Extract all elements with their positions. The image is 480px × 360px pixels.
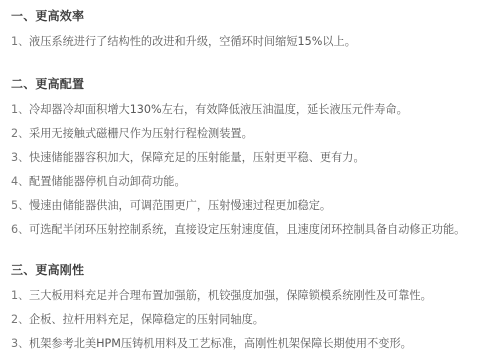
- item-list: 1、三大板用料充足并合理布置加强筋，机铰强度加强，保障锁模系统刚性及可靠性。 2…: [11, 284, 480, 356]
- section-heading: 二、更高配置: [11, 75, 480, 93]
- list-item: 6、可选配半闭环压射控制系统，直接设定压射速度值，且速度闭环控制具备自动修正功能…: [11, 218, 480, 242]
- item-text: 快速储能器容积加大，保障充足的压射能量，压射更平稳、更有力。: [29, 151, 365, 164]
- item-text: 液压系统进行了结构性的改进和升级，空循环时间缩短15%以上。: [29, 35, 356, 48]
- list-item: 4、配置储能器停机自动卸荷功能。: [11, 170, 480, 194]
- section-efficiency: 一、更高效率 1、液压系统进行了结构性的改进和升级，空循环时间缩短15%以上。: [11, 7, 480, 54]
- list-item: 2、企板、拉杆用料充足，保障稳定的压射同轴度。: [11, 308, 480, 332]
- list-item: 3、机架参考北美HPM压铸机用料及工艺标准，高刚性机架保障长期使用不变形。: [11, 332, 480, 356]
- list-item: 1、液压系统进行了结构性的改进和升级，空循环时间缩短15%以上。: [11, 30, 480, 54]
- item-number: 1、: [11, 284, 29, 308]
- section-heading: 三、更高刚性: [11, 261, 480, 279]
- item-text: 机架参考北美HPM压铸机用料及工艺标准，高刚性机架保障长期使用不变形。: [29, 337, 412, 350]
- item-text: 冷却器冷却面积增大130%左右，有效降低液压油温度，延长液压元件寿命。: [29, 103, 408, 116]
- item-list: 1、冷却器冷却面积增大130%左右，有效降低液压油温度，延长液压元件寿命。 2、…: [11, 98, 480, 242]
- section-configuration: 二、更高配置 1、冷却器冷却面积增大130%左右，有效降低液压油温度，延长液压元…: [11, 75, 480, 242]
- list-item: 1、三大板用料充足并合理布置加强筋，机铰强度加强，保障锁模系统刚性及可靠性。: [11, 284, 480, 308]
- item-list: 1、液压系统进行了结构性的改进和升级，空循环时间缩短15%以上。: [11, 30, 480, 54]
- item-number: 2、: [11, 122, 29, 146]
- item-number: 1、: [11, 30, 29, 54]
- item-number: 2、: [11, 308, 29, 332]
- list-item: 5、慢速由储能器供油，可调范围更广，压射慢速过程更加稳定。: [11, 194, 480, 218]
- item-text: 采用无接触式磁栅尺作为压射行程检测装置。: [29, 127, 253, 140]
- item-number: 3、: [11, 146, 29, 170]
- section-rigidity: 三、更高刚性 1、三大板用料充足并合理布置加强筋，机铰强度加强，保障锁模系统刚性…: [11, 261, 480, 356]
- item-number: 3、: [11, 332, 29, 356]
- list-item: 2、采用无接触式磁栅尺作为压射行程检测装置。: [11, 122, 480, 146]
- item-number: 1、: [11, 98, 29, 122]
- section-heading: 一、更高效率: [11, 7, 480, 25]
- item-text: 配置储能器停机自动卸荷功能。: [29, 175, 186, 188]
- list-item: 3、快速储能器容积加大，保障充足的压射能量，压射更平稳、更有力。: [11, 146, 480, 170]
- item-number: 6、: [11, 218, 29, 242]
- list-item: 1、冷却器冷却面积增大130%左右，有效降低液压油温度，延长液压元件寿命。: [11, 98, 480, 122]
- item-text: 慢速由储能器供油，可调范围更广，压射慢速过程更加稳定。: [29, 199, 331, 212]
- item-number: 5、: [11, 194, 29, 218]
- item-text: 企板、拉杆用料充足，保障稳定的压射同轴度。: [29, 313, 264, 326]
- item-text: 三大板用料充足并合理布置加强筋，机铰强度加强，保障锁模系统刚性及可靠性。: [29, 289, 432, 302]
- item-number: 4、: [11, 170, 29, 194]
- item-text: 可选配半闭环压射控制系统，直接设定压射速度值，且速度闭环控制具备自动修正功能。: [29, 223, 465, 236]
